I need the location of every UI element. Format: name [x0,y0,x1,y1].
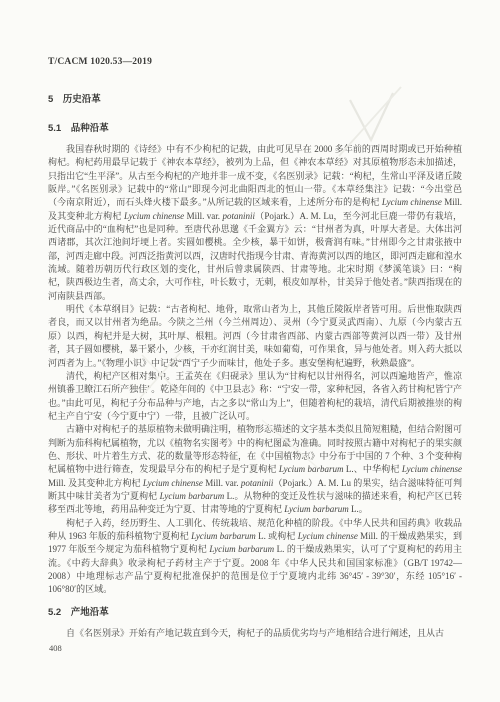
paragraph-variety-5: 枸杞子入药，经历野生、人工驯化、传统栽培、规范化种植的阶段。《中华人民共和国药典… [48,517,462,597]
paragraph-variety-3: 清代，枸杞产区相对集中。王孟英在《归砚录》里认为“甘枸杞以甘州得名，河以西遍地皆… [48,370,462,423]
subsection-heading-origin-history: 5.2 产地沿革 [48,607,462,618]
subsection-heading-variety-history: 5.1 品种沿革 [48,123,462,134]
paragraph-variety-1: 我国春秋时期的《诗经》中有不少枸杞的记载，由此可见早在 2000 多年前的西周时… [48,143,462,303]
document-page: T/CACM 1020.53—2019 5 历史沿革 5.1 品种沿革 我国春秋… [0,0,500,702]
page-number: 408 [49,643,62,653]
standard-number: T/CACM 1020.53—2019 [48,57,462,68]
paragraph-variety-4: 古籍中对枸杞子的基原植物未做明确注明，植物形态描述的文字基本类似且简短粗糙，但结… [48,423,462,516]
section-heading-history: 5 历史沿革 [48,94,462,105]
paragraph-origin-1: 自《名医别录》开始有产地记载直到今天，枸杞子的品质优劣均与产地相结合进行阐述，且… [48,627,462,640]
paragraph-variety-2: 明代《本草纲目》记载：“古者枸杞、地骨，取常山者为上，其他丘陵阪岸者皆可用。后世… [48,303,462,370]
